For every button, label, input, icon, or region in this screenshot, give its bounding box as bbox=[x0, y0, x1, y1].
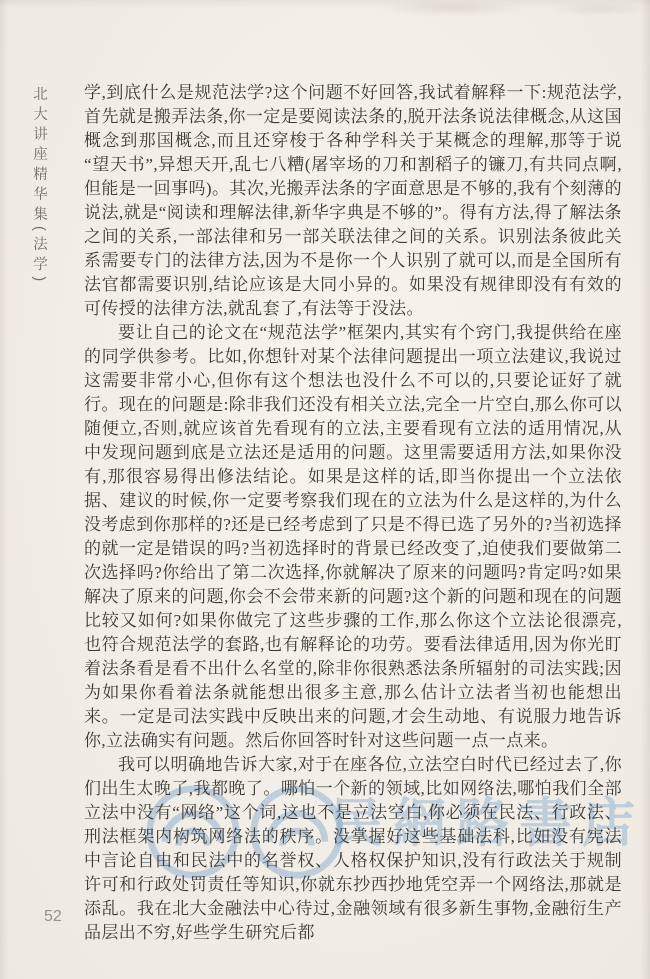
paragraph: 学,到底什么是规范法学?这个问题不好回答,我试着解释一下:规范法学,首先就是搬弄… bbox=[84, 81, 622, 321]
book-spine-title: 北大讲座精华集(法学) bbox=[29, 86, 50, 287]
page-number: 52 bbox=[44, 908, 62, 926]
page-edge-shadow bbox=[0, 0, 9, 979]
paragraph: 我可以明确地告诉大家,对于在座各位,立法空白时代已经过去了,你们出生太晚了,我都… bbox=[84, 753, 622, 945]
paragraph: 要让自己的论文在“规范法学”框架内,其实有个窍门,我提供给在座的同学供参考。比如… bbox=[84, 321, 622, 753]
page-edge-shadow bbox=[0, 0, 650, 8]
scanned-book-page: 民網路書店 北大讲座精华集(法学) 学,到底什么是规范法学?这个问题不好回答,我… bbox=[0, 0, 650, 979]
page-edge-shadow bbox=[640, 0, 650, 979]
page-text-block: 学,到底什么是规范法学?这个问题不好回答,我试着解释一下:规范法学,首先就是搬弄… bbox=[84, 81, 622, 945]
